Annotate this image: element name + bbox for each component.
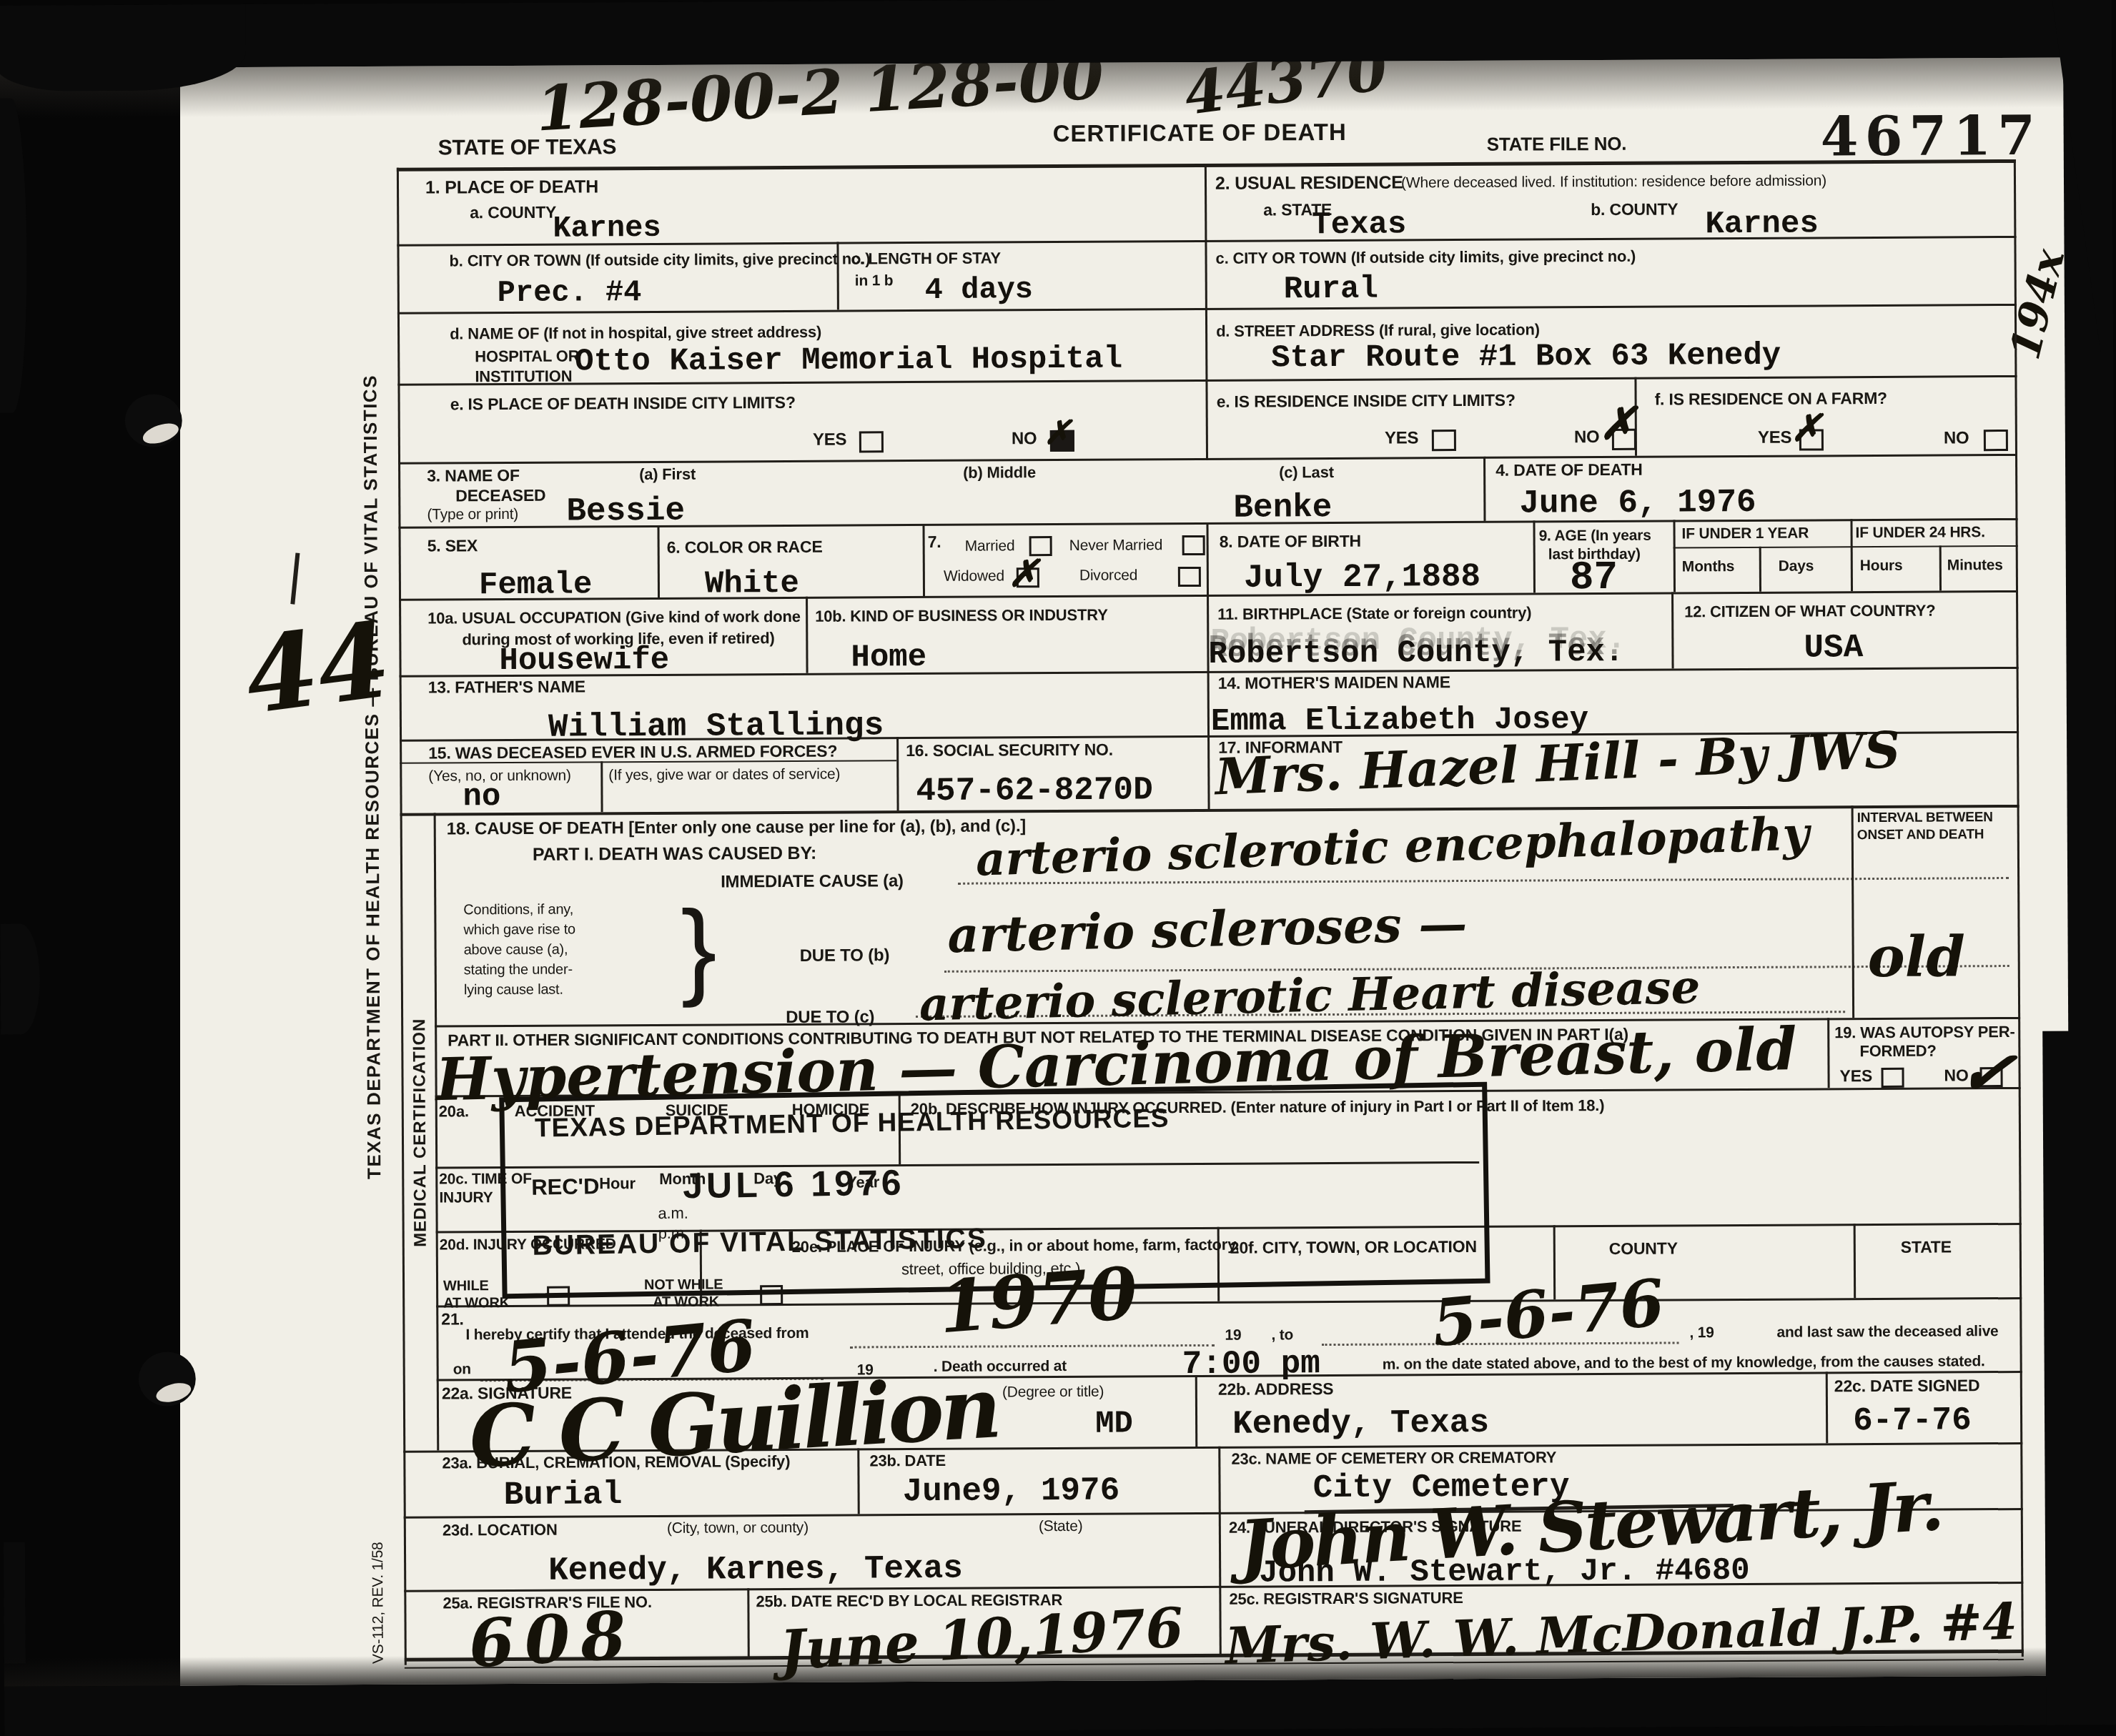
hospital-name-value: Otto Kaiser Memorial Hospital bbox=[575, 342, 1122, 380]
grid-line bbox=[922, 524, 925, 596]
date-of-death-value: June 6, 1976 bbox=[1519, 484, 1756, 522]
interval-label-2: ONSET AND DEATH bbox=[1857, 827, 1984, 843]
scan-top-fade bbox=[0, 57, 2112, 118]
conditions-note-4: stating the under- bbox=[464, 962, 573, 979]
fathers-name-label: 13. FATHER'S NAME bbox=[428, 677, 585, 697]
usual-residence-title: 2. USUAL RESIDENCE bbox=[1215, 172, 1403, 194]
grid-line bbox=[1533, 520, 1536, 592]
date-of-birth-value: July 27,1888 bbox=[1244, 558, 1481, 597]
certify-number: 21. bbox=[441, 1309, 464, 1329]
armed-forces-sub2: (If yes, give war or dates of service) bbox=[608, 766, 840, 785]
cemetery-label: 23c. NAME OF CEMETERY OR CREMATORY bbox=[1231, 1448, 1556, 1468]
name-of-deceased-label3: (Type or print) bbox=[427, 506, 518, 524]
residence-on-farm-label: f. IS RESIDENCE ON A FARM? bbox=[1655, 389, 1887, 410]
never-married-checkbox bbox=[1182, 535, 1205, 555]
residence-state-value: Texas bbox=[1312, 207, 1406, 243]
conditions-note-1: Conditions, if any, bbox=[463, 902, 573, 919]
injury-state-label: STATE bbox=[1901, 1237, 1952, 1256]
age-label: 9. AGE (In years bbox=[1539, 527, 1651, 545]
interval-label-1: INTERVAL BETWEEN bbox=[1857, 810, 1993, 826]
armed-forces-label: 15. WAS DECEASED EVER IN U.S. ARMED FORC… bbox=[428, 742, 837, 763]
length-of-stay-value: 4 days bbox=[925, 272, 1033, 307]
if-under-24-hrs-label: IF UNDER 24 HRS. bbox=[1856, 524, 1985, 542]
middle-name-label: (b) Middle bbox=[963, 463, 1036, 482]
time-of-death-value: 7:00 pm bbox=[1182, 1345, 1321, 1383]
time-of-injury-label2: INJURY bbox=[439, 1189, 493, 1206]
residence-city-limits-label: e. IS RESIDENCE INSIDE CITY LIMITS? bbox=[1217, 391, 1516, 412]
residence-city-limits-no-label: NO bbox=[1574, 427, 1600, 447]
autopsy-label-2: FORMED? bbox=[1859, 1042, 1937, 1061]
cause-b-handwriting: arterio scleroses — bbox=[947, 896, 1468, 964]
attended-from-handwriting: 1970 bbox=[936, 1251, 1140, 1350]
residence-city-value: Rural bbox=[1284, 272, 1378, 308]
color-or-race-value: White bbox=[705, 566, 799, 602]
cause-c-old-handwriting: old bbox=[1867, 924, 1965, 990]
due-to-b-label: DUE TO (b) bbox=[800, 946, 890, 966]
registrar-file-no-value: 608 bbox=[467, 1596, 638, 1682]
sex-value: Female bbox=[479, 567, 593, 603]
residence-farm-no-label: NO bbox=[1944, 428, 1969, 448]
scan-right-lower-band bbox=[2042, 1031, 2116, 1725]
death-city-limits-no-label: NO bbox=[1012, 429, 1037, 449]
widowed-label: Widowed bbox=[944, 567, 1004, 585]
sex-label: 5. SEX bbox=[427, 536, 478, 555]
divorced-label: Divorced bbox=[1079, 567, 1137, 584]
residence-city-label: c. CITY OR TOWN (If outside city limits,… bbox=[1215, 247, 1636, 268]
certify-to: , to bbox=[1271, 1326, 1293, 1344]
scan-left-streak bbox=[0, 99, 28, 413]
conditions-note-5: lying cause last. bbox=[464, 982, 563, 999]
burial-location-value: Kenedy, Karnes, Texas bbox=[548, 1550, 963, 1589]
grid-line bbox=[658, 525, 661, 597]
rule-line bbox=[850, 1344, 1215, 1349]
business-industry-value: Home bbox=[851, 640, 926, 676]
certify-text-2: and last saw the deceased alive bbox=[1776, 1323, 1998, 1341]
city-of-death-label: b. CITY OR TOWN (If outside city limits,… bbox=[449, 249, 870, 270]
due-to-c-label: DUE TO (c) bbox=[786, 1007, 874, 1028]
last-name-value: Benke bbox=[1233, 489, 1332, 527]
certificate-content: STATE OF TEXAS 128-00-2 128-00 CERTIFICA… bbox=[0, 0, 2116, 1730]
citizen-country-value: USA bbox=[1804, 629, 1863, 666]
grid-line bbox=[1854, 1224, 1857, 1298]
conditions-brace: } bbox=[681, 887, 717, 1011]
fathers-name-value: William Stallings bbox=[548, 707, 884, 745]
grid-line bbox=[1483, 457, 1485, 521]
months-label: Months bbox=[1682, 558, 1735, 575]
days-label: Days bbox=[1779, 557, 1814, 575]
sidebar-form-number: VS-112, REV. 1/58 bbox=[370, 1489, 387, 1664]
first-name-label: (a) First bbox=[639, 465, 696, 484]
usual-occupation-label: 10a. USUAL OCCUPATION (Give kind of work… bbox=[427, 607, 801, 628]
scan-corner-blob bbox=[0, 4, 246, 91]
conditions-note-3: above cause (a), bbox=[464, 942, 568, 959]
scanned-death-certificate: STATE OF TEXAS 128-00-2 128-00 CERTIFICA… bbox=[0, 0, 2116, 1730]
certify-19-1: 19 bbox=[1225, 1327, 1241, 1344]
street-address-label: d. STREET ADDRESS (If rural, give locati… bbox=[1216, 320, 1540, 340]
sidebar-medical-certification-label: MEDICAL CERTIFICATION bbox=[409, 854, 431, 1247]
grid-line bbox=[1673, 520, 1676, 592]
residence-county-value: Karnes bbox=[1705, 206, 1819, 242]
death-city-limits-yes-checkbox bbox=[859, 431, 884, 452]
grid-line bbox=[1826, 1372, 1829, 1443]
death-inside-city-limits-label: e. IS PLACE OF DEATH INSIDE CITY LIMITS? bbox=[450, 393, 796, 415]
armed-forces-value: no bbox=[463, 779, 500, 815]
physician-address-value: Kenedy, Texas bbox=[1232, 1404, 1489, 1443]
first-name-value: Bessie bbox=[566, 492, 685, 530]
name-of-deceased-label2: DECEASED bbox=[455, 486, 545, 506]
grid-line bbox=[1195, 1375, 1198, 1447]
grid-line bbox=[806, 597, 809, 673]
residence-county-label: b. COUNTY bbox=[1591, 199, 1678, 219]
margin-handwritten-44: 44 bbox=[239, 599, 397, 738]
certify-on: on bbox=[453, 1361, 471, 1378]
business-industry-label: 10b. KIND OF BUSINESS OR INDUSTRY bbox=[815, 606, 1108, 626]
place-of-death-title: 1. PLACE OF DEATH bbox=[425, 177, 598, 198]
hospital-name-label3: INSTITUTION bbox=[475, 367, 572, 387]
residence-city-limits-yes-checkbox bbox=[1432, 430, 1456, 451]
scan-top-band bbox=[0, 0, 2112, 69]
citizen-country-label: 12. CITIZEN OF WHAT COUNTRY? bbox=[1684, 602, 1935, 622]
grid-line bbox=[397, 168, 407, 1665]
birthplace-value: Robertson County, Tex. bbox=[1208, 635, 1623, 673]
pen-stroke bbox=[290, 552, 300, 604]
burial-location-sub2: (State) bbox=[1039, 1518, 1083, 1535]
while-at-work-label1: WHILE bbox=[443, 1278, 489, 1294]
hours-label: Hours bbox=[1860, 557, 1903, 575]
grid-line bbox=[434, 813, 440, 1451]
injury-county-label: COUNTY bbox=[1609, 1239, 1678, 1259]
death-city-limits-yes-label: YES bbox=[813, 430, 847, 450]
grid-line bbox=[1827, 1018, 1830, 1088]
conditions-note-2: which gave rise to bbox=[463, 922, 575, 939]
burial-date-value: June9, 1976 bbox=[902, 1472, 1119, 1511]
last-name-label: (c) Last bbox=[1279, 463, 1334, 482]
never-married-label: Never Married bbox=[1069, 537, 1163, 555]
hospital-name-label2: HOSPITAL OR bbox=[475, 347, 579, 366]
hospital-name-label: d. NAME OF (If not in hospital, give str… bbox=[450, 323, 821, 344]
age-value: 87 bbox=[1570, 555, 1618, 600]
immediate-cause-label: IMMEDIATE CAUSE (a) bbox=[721, 871, 904, 892]
autopsy-no-mark: ✓ bbox=[1953, 1029, 2020, 1116]
if-under-1-year-label: IF UNDER 1 YEAR bbox=[1682, 525, 1809, 542]
county-of-death-value: Karnes bbox=[553, 211, 661, 246]
state-file-no-label: STATE FILE NO. bbox=[1487, 133, 1627, 156]
name-of-deceased-label: 3. NAME OF bbox=[427, 466, 520, 486]
residence-farm-no-checkbox bbox=[1984, 430, 2008, 451]
certify-19-2: , 19 bbox=[1689, 1324, 1714, 1341]
stamp-date: JUL 6 1976 bbox=[683, 1161, 905, 1206]
death-city-limits-no-mark: ✗ bbox=[1044, 413, 1072, 452]
scan-left-blob bbox=[0, 923, 40, 1034]
widowed-mark: ✗ bbox=[1008, 552, 1039, 595]
street-address-value: Star Route #1 Box 63 Kenedy bbox=[1271, 338, 1781, 377]
scan-left-blob-2 bbox=[4, 1542, 26, 1664]
grid-line bbox=[1673, 545, 2018, 549]
usual-residence-subtitle: (Where deceased lived. If institution: r… bbox=[1401, 172, 1826, 192]
ssn-label: 16. SOCIAL SECURITY NO. bbox=[906, 740, 1113, 761]
date-signed-value: 6-7-76 bbox=[1853, 1402, 1972, 1439]
grid-line bbox=[1218, 1447, 1222, 1655]
degree-title-label: (Degree or title) bbox=[1002, 1384, 1104, 1402]
divorced-checkbox bbox=[1178, 567, 1201, 587]
usual-occupation-value: Housewife bbox=[499, 643, 669, 679]
autopsy-yes-checkbox bbox=[1882, 1068, 1904, 1088]
city-of-death-value: Prec. #4 bbox=[498, 275, 642, 310]
county-of-death-label: a. COUNTY bbox=[470, 203, 556, 223]
birthplace-label: 11. BIRTHPLACE (State or foreign country… bbox=[1217, 604, 1531, 624]
date-signed-label: 22c. DATE SIGNED bbox=[1834, 1376, 1980, 1396]
state-file-number: 46717 bbox=[1820, 104, 2042, 169]
sidebar-department-label: TEXAS DEPARTMENT OF HEALTH RESOURCES — B… bbox=[360, 400, 386, 1179]
length-of-stay-sublabel: in 1 b bbox=[855, 272, 894, 289]
burial-location-sub1: (City, town, or county) bbox=[667, 1519, 809, 1537]
burial-location-label: 23d. LOCATION bbox=[443, 1521, 558, 1540]
grid-line bbox=[2014, 159, 2024, 1657]
grid-line bbox=[1850, 519, 1853, 591]
autopsy-yes-label: YES bbox=[1839, 1066, 1872, 1086]
residence-farm-yes-mark: ✗ bbox=[1791, 406, 1822, 450]
grid-line bbox=[600, 761, 603, 812]
grid-line bbox=[896, 737, 899, 810]
length-of-stay-label: c. LENGTH OF STAY bbox=[851, 249, 1000, 268]
date-of-death-label: 4. DATE OF DEATH bbox=[1495, 460, 1643, 480]
residence-farm-yes-label: YES bbox=[1758, 428, 1792, 448]
cause-of-death-label: 18. CAUSE OF DEATH [Enter only one cause… bbox=[447, 816, 1027, 839]
grid-line bbox=[1671, 592, 1674, 668]
grid-line bbox=[1205, 164, 1208, 460]
residence-city-limits-yes-label: YES bbox=[1385, 428, 1419, 448]
ssn-value: 457-62-8270D bbox=[916, 771, 1153, 810]
grid-line bbox=[1939, 546, 1942, 591]
stamp-line3: BUREAU OF VITAL STATISTICS bbox=[532, 1224, 987, 1262]
minutes-label: Minutes bbox=[1947, 557, 2003, 574]
registrar-signature-label: 25c. REGISTRAR'S SIGNATURE bbox=[1229, 1589, 1463, 1609]
stamp-recd-label: REC'D bbox=[531, 1174, 600, 1200]
date-of-birth-label: 8. DATE OF BIRTH bbox=[1220, 532, 1361, 552]
marital-status-label: 7. bbox=[928, 532, 941, 552]
degree-value: MD bbox=[1095, 1406, 1133, 1442]
grid-line bbox=[747, 1588, 750, 1657]
grid-line bbox=[1759, 547, 1761, 592]
grid-line bbox=[1851, 805, 1855, 1018]
mothers-maiden-name-label: 14. MOTHER'S MAIDEN NAME bbox=[1218, 673, 1450, 693]
part1-label: PART I. DEATH WAS CAUSED BY: bbox=[533, 843, 816, 865]
cause-a-handwriting: arterio sclerotic encephalopathy bbox=[975, 807, 1810, 887]
color-or-race-label: 6. COLOR OR RACE bbox=[667, 537, 823, 557]
residence-city-limits-no-mark: ✗ bbox=[1599, 397, 1636, 450]
